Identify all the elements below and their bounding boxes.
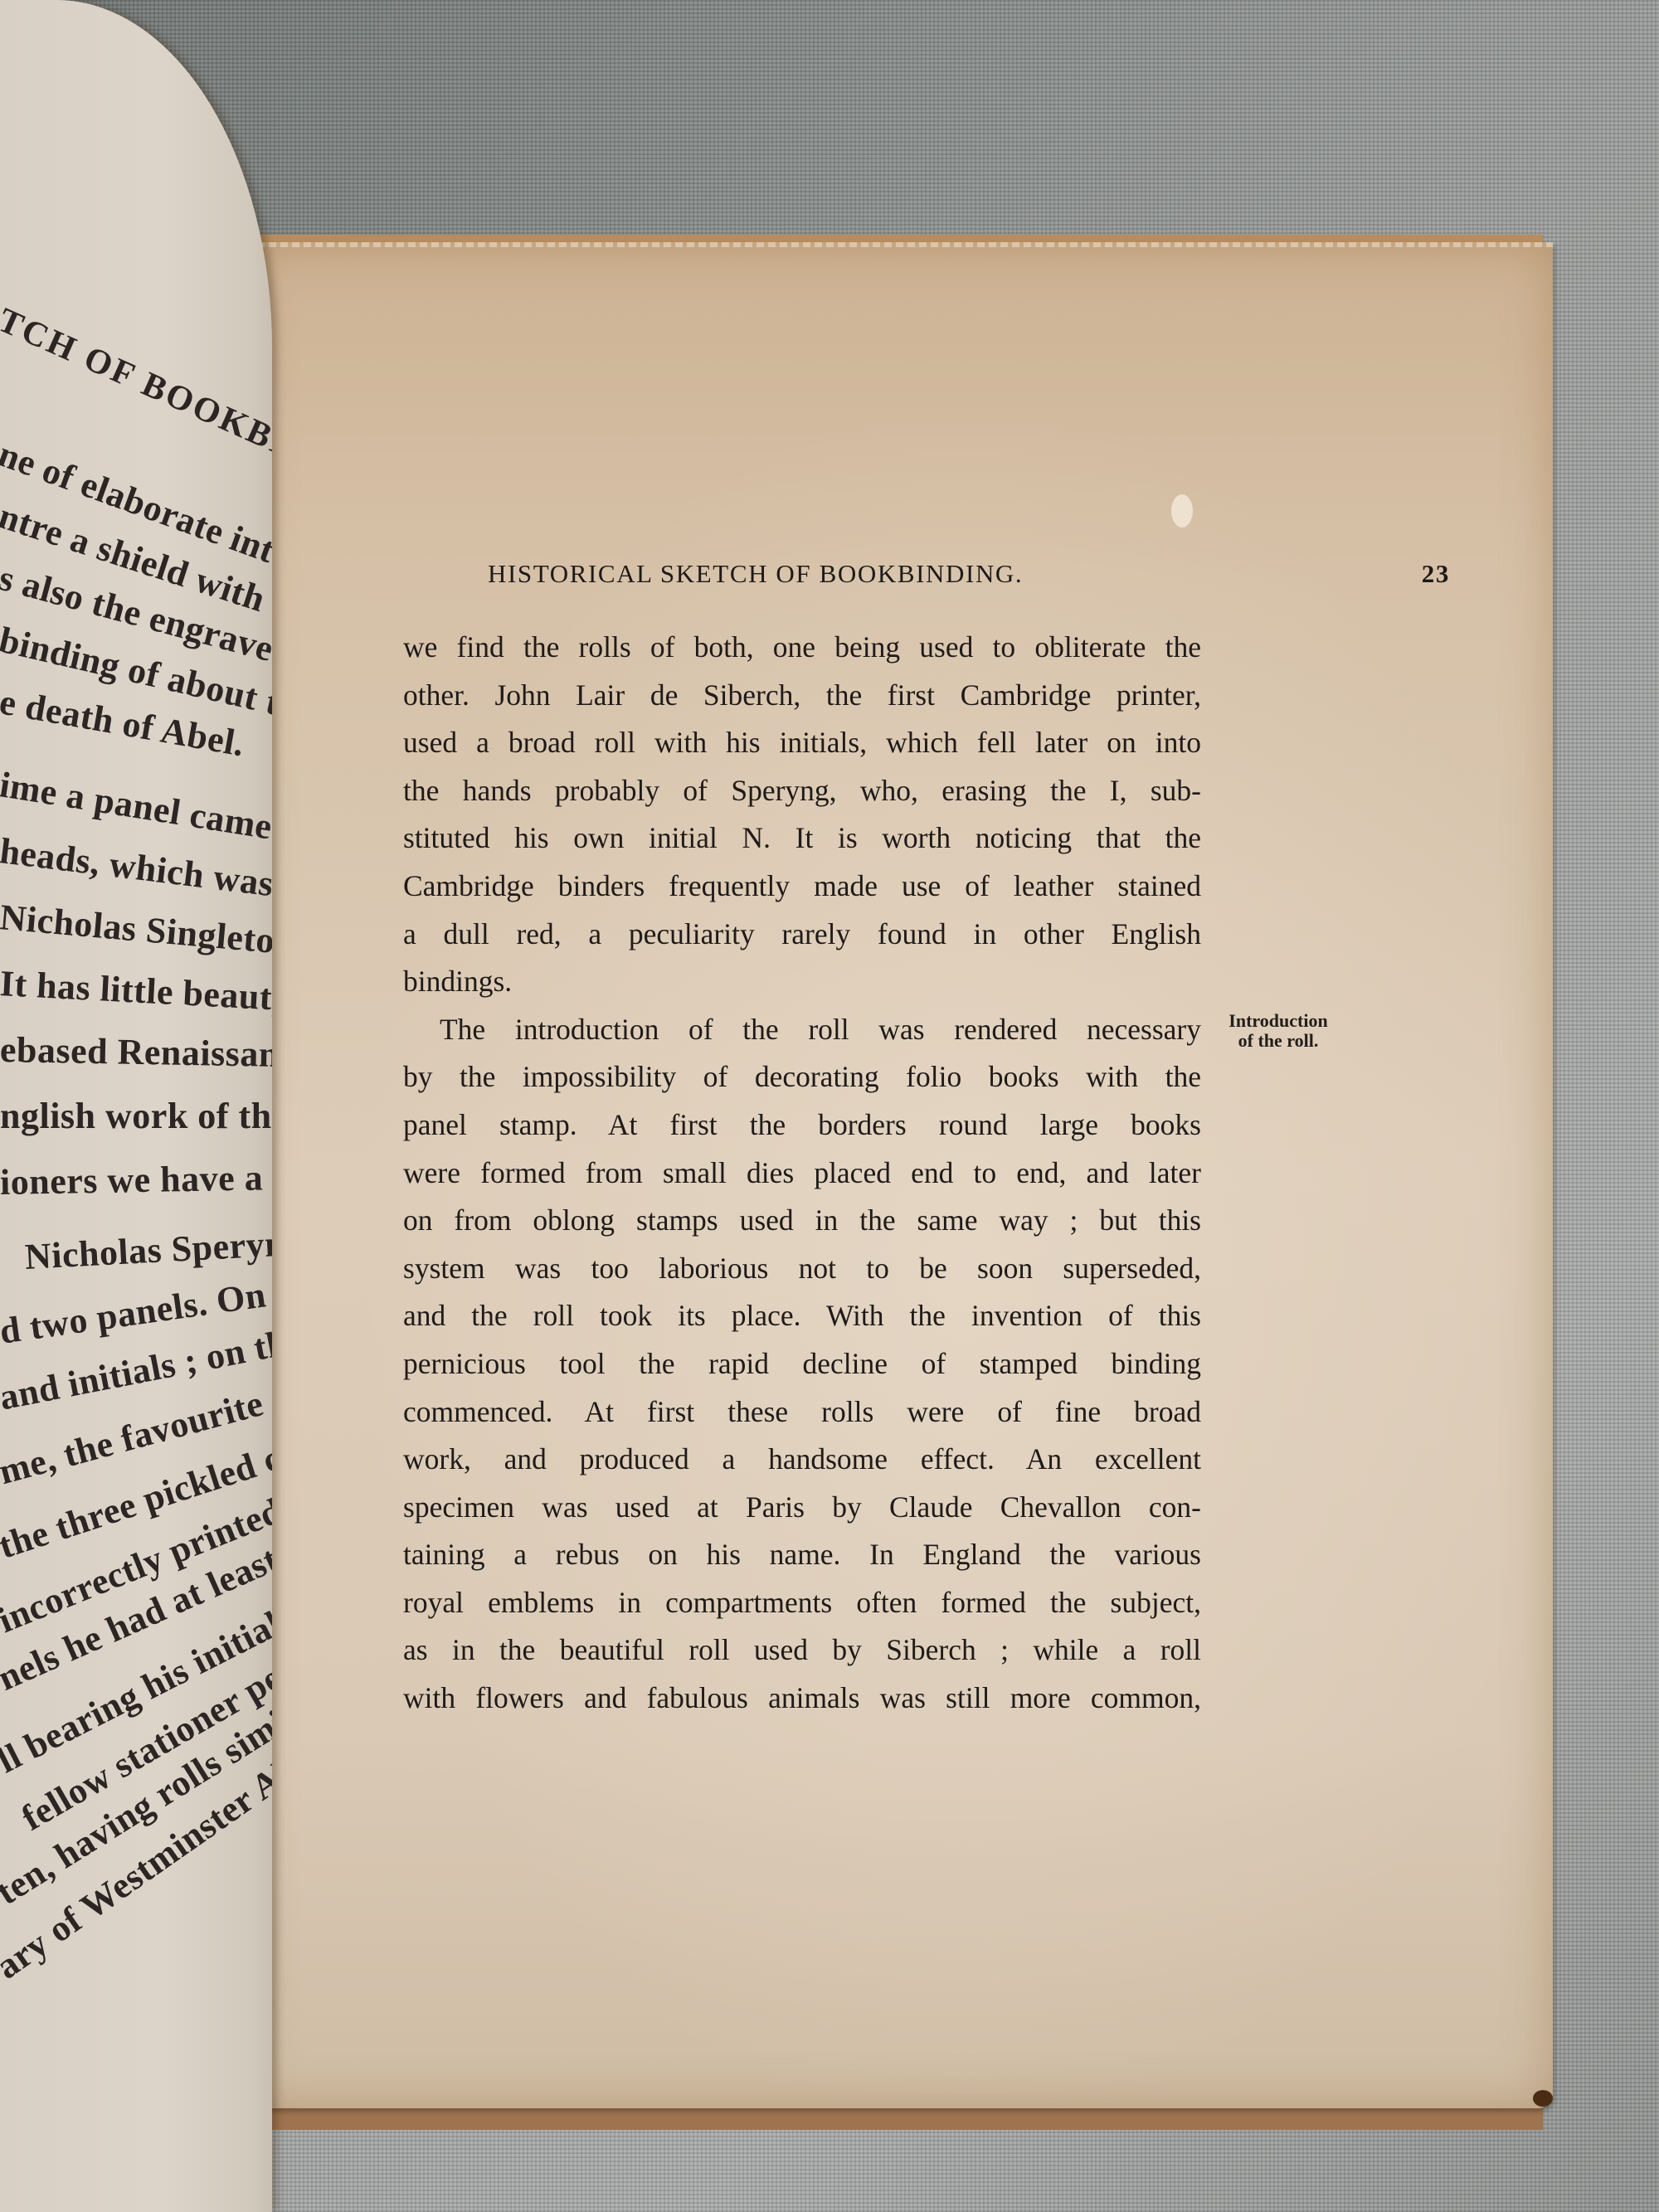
text-line: the hands probably of Speryng, who, eras… [403, 767, 1201, 815]
left-page: TCH OF BOOKBINDING. ne of elaborate inte… [0, 0, 272, 2212]
text-line: system was too laborious not to be soon … [403, 1245, 1201, 1293]
margin-sidenote: Introduction of the roll. [1208, 1011, 1349, 1051]
text-line: It has little beauty to [0, 962, 272, 1022]
page-number: 23 [1422, 559, 1450, 589]
text-line: we find the rolls of both, one being use… [403, 624, 1201, 672]
body-text: we find the rolls of both, one being use… [403, 624, 1201, 1723]
text-line: Cambridge binders frequently made use of… [403, 863, 1201, 911]
text-line: specimen was used at Paris by Claude Che… [403, 1484, 1201, 1532]
text-line: used a broad roll with his initials, whi… [403, 719, 1201, 767]
text-line: bindings. [403, 958, 1201, 1006]
text-line: other. John Lair de Siberch, the first C… [403, 672, 1201, 720]
text-line: commenced. At first these rolls were of … [403, 1388, 1201, 1437]
text-line: ioners we have a most [0, 1155, 272, 1203]
text-line: were formed from small dies placed end t… [403, 1150, 1201, 1198]
text-line: as in the beautiful roll used by Siberch… [403, 1626, 1201, 1675]
text-line: The introduction of the roll was rendere… [403, 1006, 1201, 1054]
deckled-top-edge [246, 242, 1553, 247]
sidenote-line: Introduction [1208, 1011, 1349, 1031]
text-line: royal emblems in compartments often form… [403, 1579, 1201, 1627]
paragraph-1: we find the rolls of both, one being use… [403, 624, 1201, 1006]
text-line: panel stamp. At first the borders round … [403, 1101, 1201, 1150]
corner-wear-mark [1533, 2090, 1553, 2107]
paragraph-2: The introduction of the roll was rendere… [403, 1006, 1201, 1723]
page-stain [1171, 494, 1193, 527]
text-line: work, and produced a handsome effect. An… [403, 1436, 1201, 1484]
text-line: with flowers and fabulous animals was st… [403, 1675, 1201, 1723]
text-line: and the roll took its place. With the in… [403, 1292, 1201, 1340]
text-line: by the impossibility of decorating folio… [403, 1053, 1201, 1101]
text-line: Nicholas Singleton?), [0, 896, 272, 967]
running-head-title: HISTORICAL SKETCH OF BOOKBINDING. [488, 559, 1023, 589]
text-line: on from oblong stamps used in the same w… [403, 1197, 1201, 1245]
text-line: stituted his own initial N. It is worth … [403, 814, 1201, 863]
text-line: ebased Renaissance style [0, 1028, 272, 1077]
text-line: pernicious tool the rapid decline of sta… [403, 1340, 1201, 1388]
sidenote-line: of the roll. [1208, 1031, 1349, 1051]
text-line: taining a rebus on his name. In England … [403, 1531, 1201, 1579]
text-line: nglish work of this class [0, 1095, 272, 1137]
text-line: a dull red, a peculiarity rarely found i… [403, 911, 1201, 959]
right-page: HISTORICAL SKETCH OF BOOKBINDING. 23 we … [246, 242, 1553, 2108]
text-line: Nicholas Speryng, [24, 1221, 272, 1278]
